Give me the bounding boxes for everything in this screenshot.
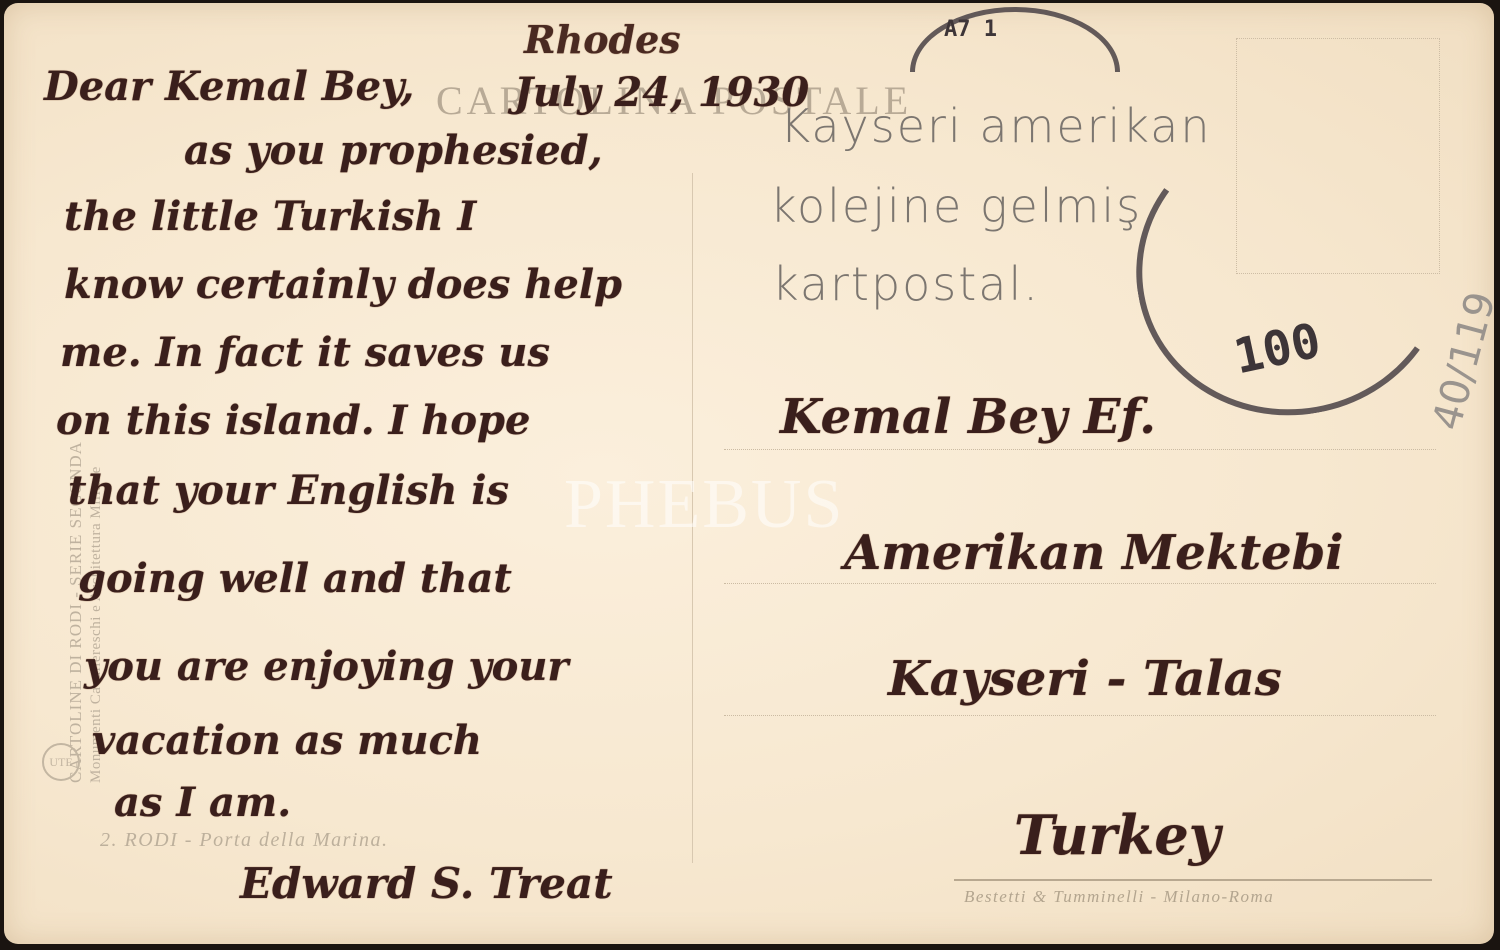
letter-line: vacation as much [92,717,482,764]
postcard-back: CARTOLINA POSTALE CARTOLINE DI RODI - SE… [4,3,1494,944]
letter-signature: Edward S. Treat [240,859,613,908]
letter-salutation: Dear Kemal Bey, [44,63,414,110]
letter-line: know certainly does help [64,261,622,308]
letter-line: that your English is [68,467,509,514]
address-line-recipient: Kemal Bey Ef. [780,389,1156,445]
pencil-note-line: kartpostal. [772,257,1040,311]
address-rule-2 [724,583,1436,584]
publisher-rule [954,879,1432,881]
letter-line: as you prophesied, [184,127,603,174]
address-rule-1 [724,449,1436,450]
letter-line: the little Turkish I [64,193,476,240]
address-line-city: Kayseri - Talas [888,651,1282,707]
pencil-note-line: kolejine gelmiş [770,179,1142,233]
letter-line: on this island. I hope [56,397,530,444]
address-line-institution: Amerikan Mektebi [844,525,1344,581]
place-handwritten: Rhodes [524,17,681,62]
letter-line: going well and that [78,555,512,602]
photo-caption: 2. RODI - Porta della Marina. [100,829,388,852]
publisher-logo-icon: UTE [42,743,80,781]
letter-line: you are enjoying your [84,643,568,690]
date-handwritten: July 24, 1930 [514,69,809,116]
letter-line: as I am. [114,779,291,826]
postmark-top-arc [910,7,1120,72]
publisher-imprint: Bestetti & Tumminelli - Milano-Roma [964,887,1274,907]
postmark-top-text: A7 1 [944,17,997,42]
address-rule-3 [724,715,1436,716]
address-line-country: Turkey [1014,803,1220,867]
pencil-note-line: Kayseri amerikan [780,99,1212,153]
letter-line: me. In fact it saves us [60,329,550,376]
watermark: PHEBUS [564,465,844,545]
